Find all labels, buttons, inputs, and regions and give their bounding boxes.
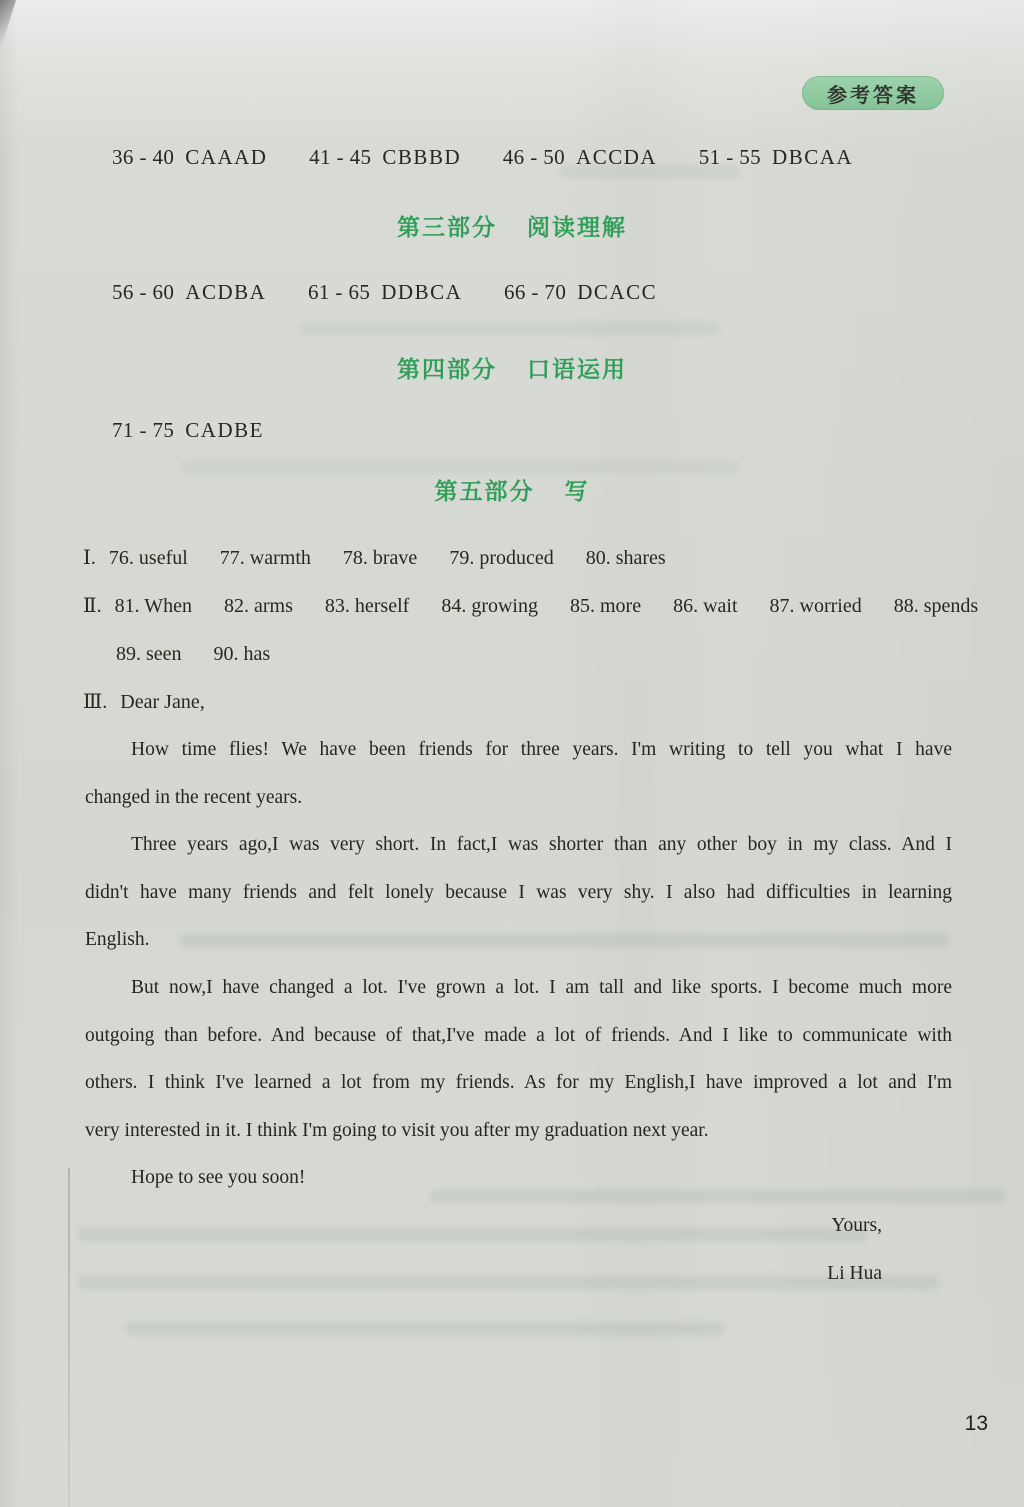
answer-group: 36 - 40CAAAD <box>112 145 267 169</box>
answer-group: 61 - 65DDBCA <box>308 280 462 304</box>
letter-line: very interested in it. I think I'm going… <box>85 1107 952 1155</box>
answer-word: 79. produced <box>449 547 553 569</box>
bleed-through-artifact <box>180 460 740 473</box>
answer-word: 84. growing <box>441 595 538 617</box>
answer-range: 36 - 40 <box>112 145 174 169</box>
letter-line: others. I think I've learned a lot from … <box>85 1059 952 1107</box>
answer-range: 66 - 70 <box>504 280 566 304</box>
scan-edge-artifact <box>0 0 16 52</box>
section-number: 第三部分 <box>397 215 497 241</box>
answer-row-56-70: 56 - 60ACDBA 61 - 65DDBCA 66 - 70DCACC <box>112 277 964 307</box>
part5-roman3-row: Ⅲ. Dear Jane, <box>83 687 964 717</box>
page-crease-line <box>68 1168 70 1507</box>
letter-line: How time flies! We have been friends for… <box>85 726 952 774</box>
scanned-answer-page: 参考答案 36 - 40CAAAD 41 - 45CBBBD 46 - 50AC… <box>0 0 1024 1507</box>
answer-letters: DCACC <box>577 280 657 304</box>
answer-word: 88. spends <box>894 595 978 617</box>
answer-group: 51 - 55DBCAA <box>699 145 853 169</box>
section-header-part4: 第四部分口语运用 <box>0 355 1024 385</box>
answer-word: 82. arms <box>224 595 293 617</box>
answer-letters: DBCAA <box>772 145 853 169</box>
letter-body: How time flies! We have been friends for… <box>85 726 952 1297</box>
part5-roman1-row: Ⅰ. 76. useful 77. warmth 78. brave 79. p… <box>83 543 964 573</box>
answer-letters: CAAAD <box>185 145 267 169</box>
answer-letters: ACCDA <box>576 145 657 169</box>
answer-word: 78. brave <box>343 547 417 569</box>
letter-signature: Li Hua <box>85 1250 952 1298</box>
answer-word: 80. shares <box>586 547 666 569</box>
answer-letters: CADBE <box>185 418 264 442</box>
answer-key-badge: 参考答案 <box>802 76 944 110</box>
answer-word: 81. When <box>115 595 192 617</box>
answer-group: 46 - 50ACCDA <box>503 145 657 169</box>
letter-line: Three years ago,I was very short. In fac… <box>85 821 952 869</box>
letter-line: didn't have many friends and felt lonely… <box>85 869 952 917</box>
letter-line: Hope to see you soon! <box>85 1154 952 1202</box>
answer-letters: CBBBD <box>382 145 461 169</box>
answer-range: 51 - 55 <box>699 145 761 169</box>
answer-range: 41 - 45 <box>309 145 371 169</box>
letter-closing: Yours, <box>85 1202 952 1250</box>
answer-word: 85. more <box>570 595 641 617</box>
answer-word: 90. has <box>214 643 271 665</box>
answer-word: 89. seen <box>116 643 182 665</box>
section-title: 阅读理解 <box>527 215 627 241</box>
letter-line: outgoing than before. And because of tha… <box>85 1012 952 1060</box>
letter-line: English. <box>85 916 952 964</box>
letter-line: But now,I have changed a lot. I've grown… <box>85 964 952 1012</box>
letter-line: changed in the recent years. <box>85 774 952 822</box>
answer-range: 61 - 65 <box>308 280 370 304</box>
answer-group: 41 - 45CBBBD <box>309 145 461 169</box>
roman-numeral: Ⅲ. <box>83 691 107 713</box>
answer-group: 56 - 60ACDBA <box>112 280 266 304</box>
section-header-part5: 第五部分写 <box>0 477 1024 507</box>
answer-range: 56 - 60 <box>112 280 174 304</box>
answer-range: 46 - 50 <box>503 145 565 169</box>
part5-roman2-row: Ⅱ. 81. When 82. arms 83. herself 84. gro… <box>83 591 964 621</box>
roman-numeral: Ⅰ. <box>83 547 96 569</box>
answer-letters: DDBCA <box>381 280 462 304</box>
answer-word: 83. herself <box>325 595 409 617</box>
answer-row-71-75: 71 - 75CADBE <box>112 415 964 445</box>
answer-range: 71 - 75 <box>112 418 174 442</box>
answer-group: 71 - 75CADBE <box>112 418 264 442</box>
section-title: 写 <box>565 479 590 505</box>
answer-word: 87. worried <box>770 595 862 617</box>
section-header-part3: 第三部分阅读理解 <box>0 213 1024 243</box>
answer-row-36-55: 36 - 40CAAAD 41 - 45CBBBD 46 - 50ACCDA 5… <box>112 142 964 172</box>
letter-salutation: Dear Jane, <box>120 691 204 713</box>
bleed-through-artifact <box>125 1322 725 1335</box>
answer-word: 76. useful <box>109 547 188 569</box>
section-number: 第四部分 <box>397 357 497 383</box>
bleed-through-artifact <box>300 322 720 335</box>
roman-numeral: Ⅱ. <box>83 595 102 617</box>
answer-word: 86. wait <box>673 595 737 617</box>
answer-word: 77. warmth <box>220 547 311 569</box>
answer-group: 66 - 70DCACC <box>504 280 657 304</box>
answer-letters: ACDBA <box>185 280 266 304</box>
section-title: 口语运用 <box>527 357 627 383</box>
page-number: 13 <box>965 1412 988 1436</box>
section-number: 第五部分 <box>435 479 535 505</box>
part5-roman2-continuation: 89. seen 90. has <box>83 639 964 669</box>
